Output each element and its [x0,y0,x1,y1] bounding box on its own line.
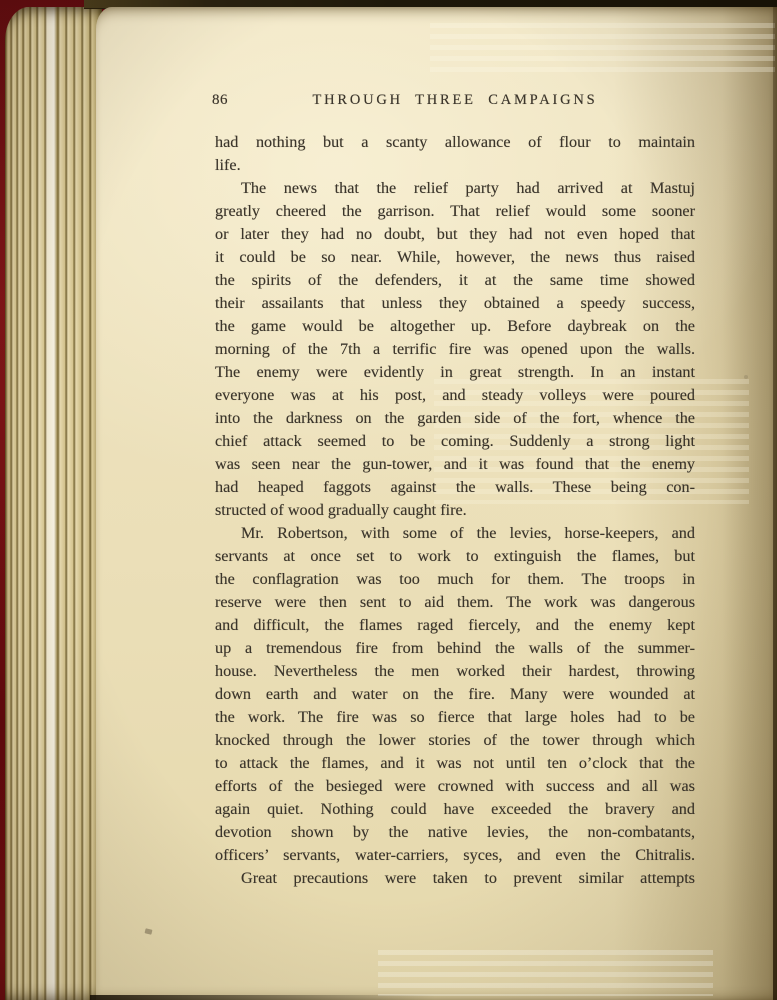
paper-speck [744,375,748,379]
text-line: structed of wood gradually caught fire. [215,499,695,522]
text-line: everyone was at his post, and steady vol… [215,384,695,407]
text-line: had nothing but a scanty allowance of fl… [215,131,695,154]
text-line: was seen near the gun-tower, and it was … [215,453,695,476]
text-line: the work. The fire was so fierce that la… [215,706,695,729]
text-line: morning of the 7th a terrific fire was o… [215,338,695,361]
text-line: down earth and water on the fire. Many w… [215,683,695,706]
page-number: 86 [212,92,228,109]
page-header: 86 THROUGH THREE CAMPAIGNS [215,92,695,110]
text-line: their assailants that unless they obtain… [215,292,695,315]
text-line: efforts of the besieged were crowned wit… [215,775,695,798]
text-line: or later they had no doubt, but they had… [215,223,695,246]
text-line: The enemy were evidently in great streng… [215,361,695,384]
text-line: knocked through the lower stories of the… [215,729,695,752]
book-photo: 86 THROUGH THREE CAMPAIGNS had nothing b… [0,0,777,1000]
text-line: house. Nevertheless the men worked their… [215,660,695,683]
text-line: chief attack seemed to be coming. Sudden… [215,430,695,453]
show-through-streak [378,950,713,996]
text-line: life. [215,154,695,177]
text-line: again quiet. Nothing could have exceeded… [215,798,695,821]
page-edges-stack [5,7,102,1000]
show-through-streak [430,23,775,73]
text-line: the conflagration was too much for them.… [215,568,695,591]
text-line: Mr. Robertson, with some of the levies, … [215,522,695,545]
text-line: and difficult, the flames raged fiercely… [215,614,695,637]
text-line: into the darkness on the garden side of … [215,407,695,430]
page-bottom-shadow [90,995,435,1000]
text-line: up a tremendous fire from behind the wal… [215,637,695,660]
text-line: devotion shown by the native levies, the… [215,821,695,844]
text-line: it could be so near. While, however, the… [215,246,695,269]
text-line: the spirits of the defenders, it at the … [215,269,695,292]
text-line: reserve were then sent to aid them. The … [215,591,695,614]
page-text: had nothing but a scanty allowance of fl… [215,131,695,890]
text-line: The news that the relief party had arriv… [215,177,695,200]
text-line: the game would be altogether up. Before … [215,315,695,338]
text-line: officers’ servants, water-carriers, syce… [215,844,695,867]
text-line: servants at once set to work to extingui… [215,545,695,568]
text-line: to attack the flames, and it was not unt… [215,752,695,775]
book-page: 86 THROUGH THREE CAMPAIGNS had nothing b… [96,7,777,1000]
running-title: THROUGH THREE CAMPAIGNS [215,92,695,109]
text-line: greatly cheered the garrison. That relie… [215,200,695,223]
text-line: Great precautions were taken to prevent … [215,867,695,890]
text-line: had heaped faggots against the walls. Th… [215,476,695,499]
